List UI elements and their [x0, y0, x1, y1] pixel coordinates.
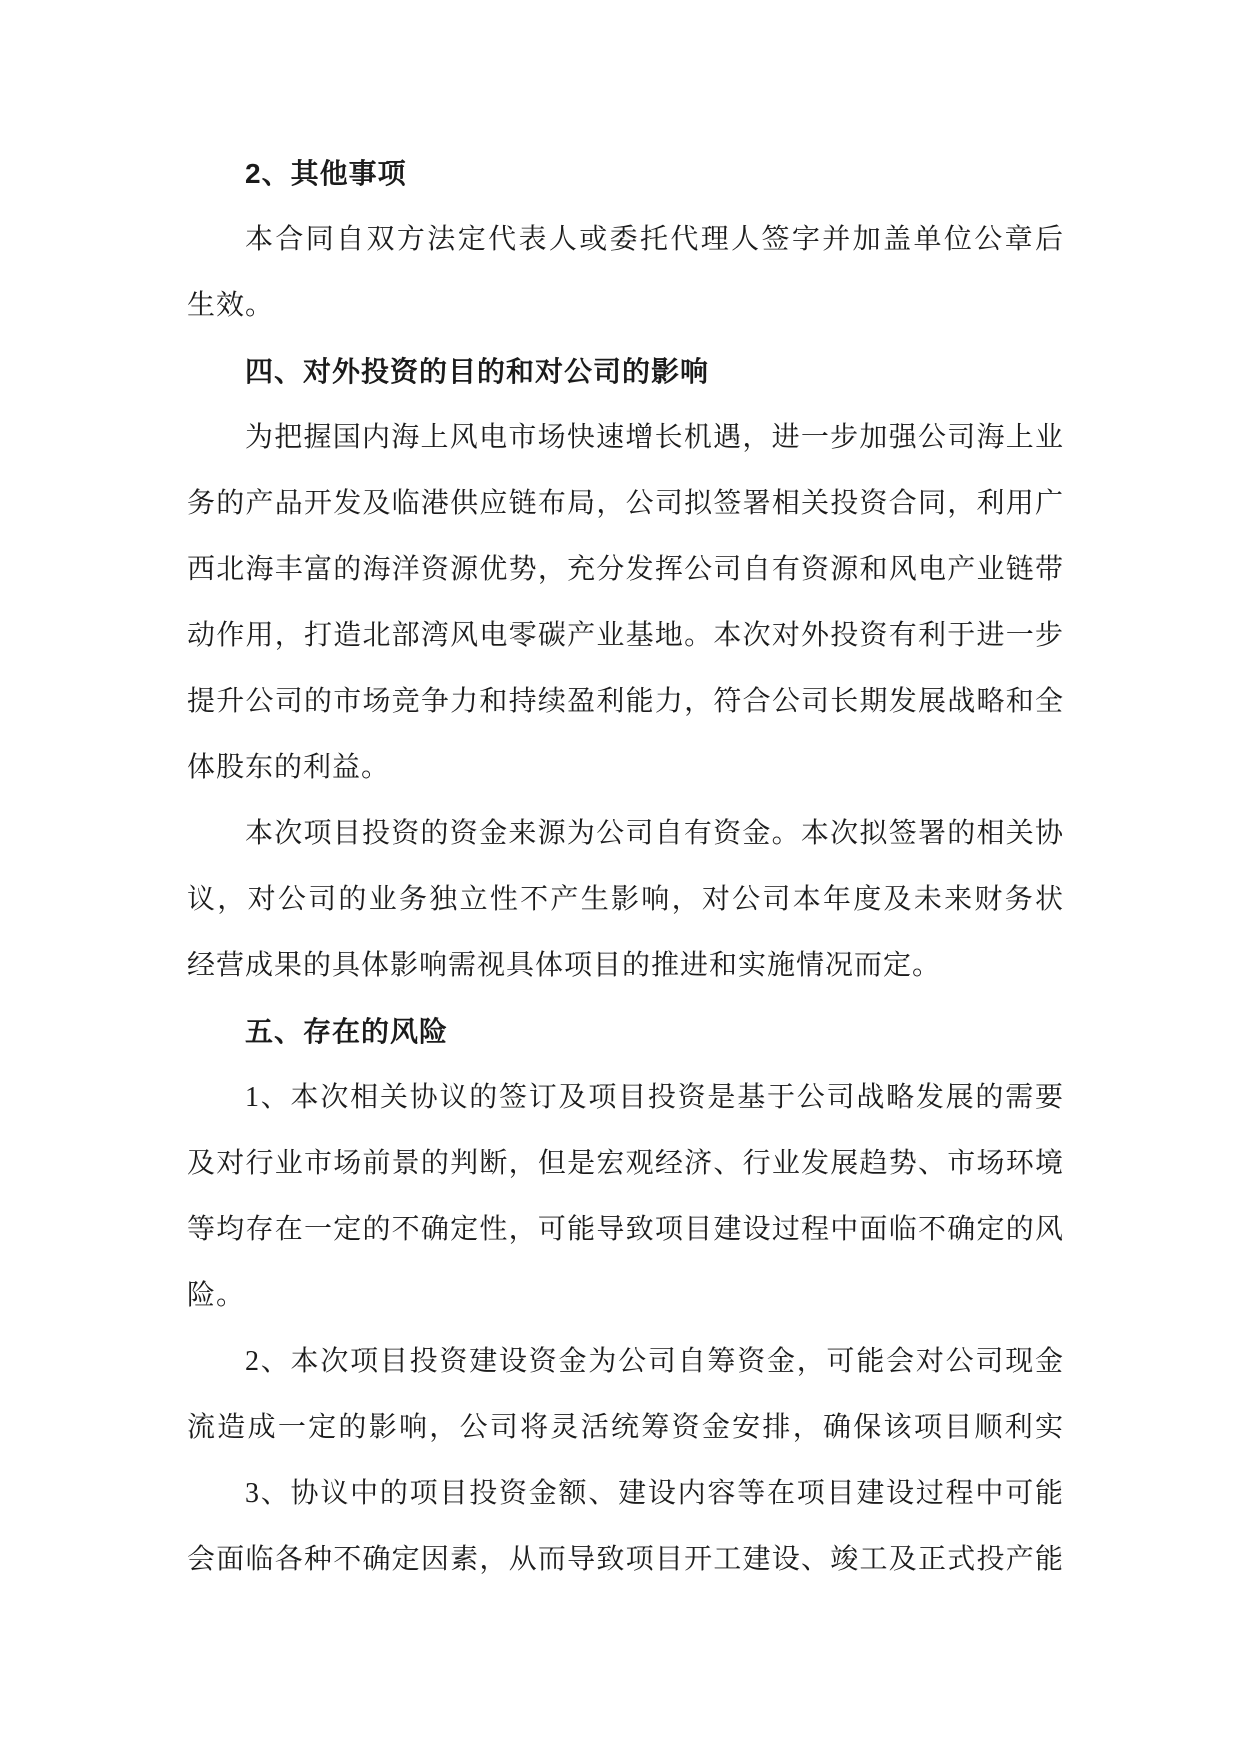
para-risk-1: 1、本次相关协议的签订及项目投资是基于公司战略发展的需要及对行业市场前景的判断，… [187, 1065, 1064, 1329]
paragraph-line: 流造成一定的影响，公司将灵活统筹资金安排，确保该项目顺利实施。 [187, 1395, 1064, 1461]
paragraph-line: 生效。 [187, 273, 1064, 339]
para-risk-3: 3、协议中的项目投资金额、建设内容等在项目建设过程中可能会面临各种不确定因素，从… [187, 1461, 1064, 1593]
paragraph-line: 3、协议中的项目投资金额、建设内容等在项目建设过程中可能 [187, 1461, 1064, 1527]
paragraph-line: 为把握国内海上风电市场快速增长机遇，进一步加强公司海上业 [187, 405, 1064, 471]
document-page: 2、其他事项本合同自双方法定代表人或委托代理人签字并加盖单位公章后生效。四、对外… [0, 0, 1240, 1754]
paragraph-line: 务的产品开发及临港供应链布局，公司拟签署相关投资合同，利用广 [187, 471, 1064, 537]
paragraph-line: 本合同自双方法定代表人或委托代理人签字并加盖单位公章后 [187, 207, 1064, 273]
para-contract-effective: 本合同自双方法定代表人或委托代理人签字并加盖单位公章后生效。 [187, 207, 1064, 339]
paragraph-line: 等均存在一定的不确定性，可能导致项目建设过程中面临不确定的风 [187, 1197, 1064, 1263]
paragraph-line: 1、本次相关协议的签订及项目投资是基于公司战略发展的需要 [187, 1065, 1064, 1131]
paragraph-line: 提升公司的市场竞争力和持续盈利能力，符合公司长期发展战略和全 [187, 669, 1064, 735]
paragraph-line: 议，对公司的业务独立性不产生影响，对公司本年度及未来财务状况、 [187, 867, 1064, 933]
paragraph-line: 经营成果的具体影响需视具体项目的推进和实施情况而定。 [187, 933, 1064, 999]
paragraph-line: 体股东的利益。 [187, 735, 1064, 801]
paragraph-line: 2、本次项目投资建设资金为公司自筹资金，可能会对公司现金 [187, 1329, 1064, 1395]
paragraph-line: 会面临各种不确定因素，从而导致项目开工建设、竣工及正式投产能 [187, 1527, 1064, 1593]
heading-other-items: 2、其他事项 [187, 141, 1064, 207]
para-funding-source: 本次项目投资的资金来源为公司自有资金。本次拟签署的相关协议，对公司的业务独立性不… [187, 801, 1064, 999]
paragraph-line: 本次项目投资的资金来源为公司自有资金。本次拟签署的相关协 [187, 801, 1064, 867]
heading-line: 五、存在的风险 [187, 999, 1064, 1065]
paragraph-line: 西北海丰富的海洋资源优势，充分发挥公司自有资源和风电产业链带 [187, 537, 1064, 603]
para-investment-purpose: 为把握国内海上风电市场快速增长机遇，进一步加强公司海上业务的产品开发及临港供应链… [187, 405, 1064, 801]
heading-line: 四、对外投资的目的和对公司的影响 [187, 339, 1064, 405]
para-risk-2: 2、本次项目投资建设资金为公司自筹资金，可能会对公司现金流造成一定的影响，公司将… [187, 1329, 1064, 1461]
heading-line: 2、其他事项 [187, 141, 1064, 207]
heading-section-five-risks: 五、存在的风险 [187, 999, 1064, 1065]
paragraph-line: 动作用，打造北部湾风电零碳产业基地。本次对外投资有利于进一步 [187, 603, 1064, 669]
paragraph-line: 及对行业市场前景的判断，但是宏观经济、行业发展趋势、市场环境 [187, 1131, 1064, 1197]
document-body: 2、其他事项本合同自双方法定代表人或委托代理人签字并加盖单位公章后生效。四、对外… [187, 141, 1064, 1593]
paragraph-line: 险。 [187, 1263, 1064, 1329]
heading-section-four-purpose-and-impact: 四、对外投资的目的和对公司的影响 [187, 339, 1064, 405]
